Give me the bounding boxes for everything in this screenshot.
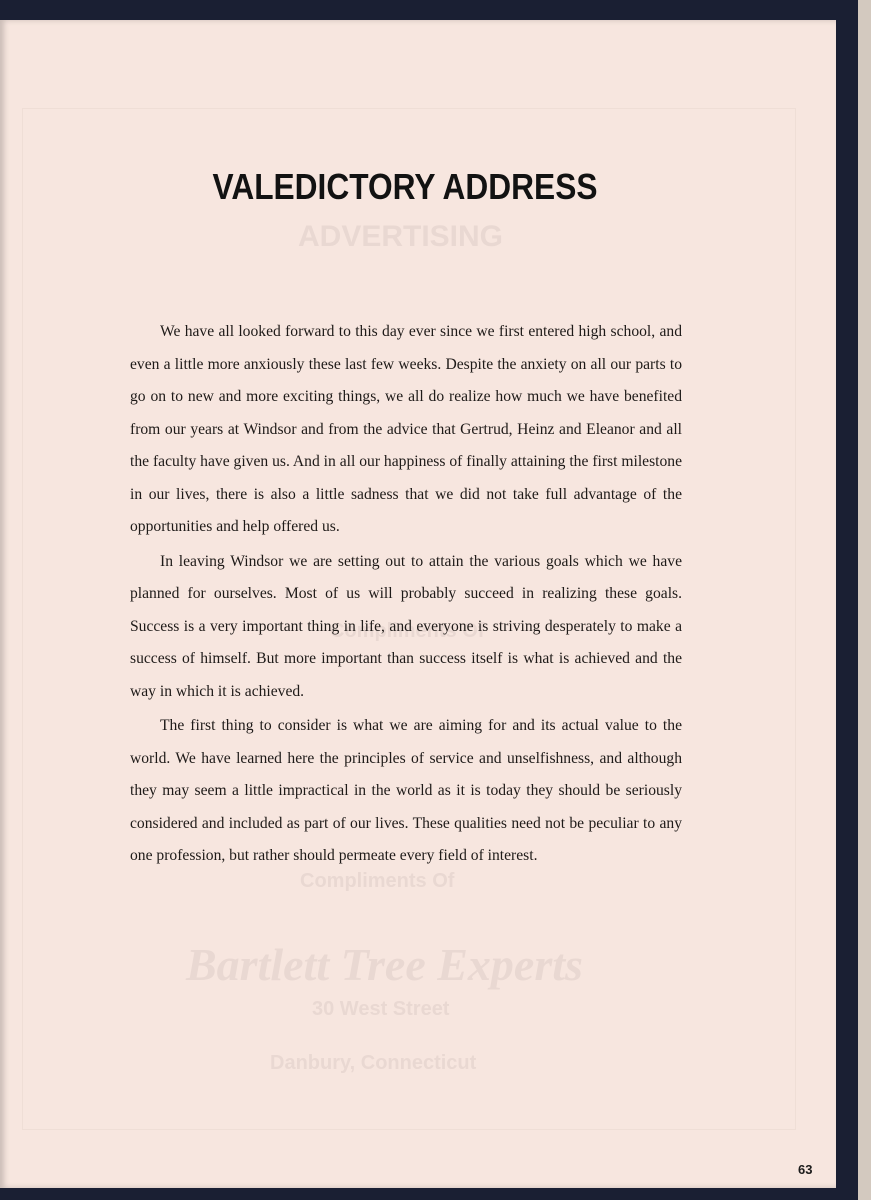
show-through-company: Bartlett Tree Experts: [186, 938, 583, 991]
page-title: VALEDICTORY ADDRESS: [49, 166, 762, 208]
show-through-city: Danbury, Connecticut: [270, 1052, 476, 1075]
book-page: ADVERTISING Compliments Of Compliments O…: [0, 20, 836, 1188]
paragraph-3: The first thing to consider is what we a…: [130, 710, 682, 873]
scan-background-edge: [858, 0, 871, 1200]
address-body: We have all looked forward to this day e…: [130, 316, 682, 875]
paragraph-1: We have all looked forward to this day e…: [130, 316, 682, 544]
show-through-heading: ADVERTISING: [298, 220, 503, 254]
show-through-address: 30 West Street: [312, 998, 449, 1021]
page-number: 63: [798, 1162, 812, 1177]
paragraph-2: In leaving Windsor we are setting out to…: [130, 546, 682, 709]
